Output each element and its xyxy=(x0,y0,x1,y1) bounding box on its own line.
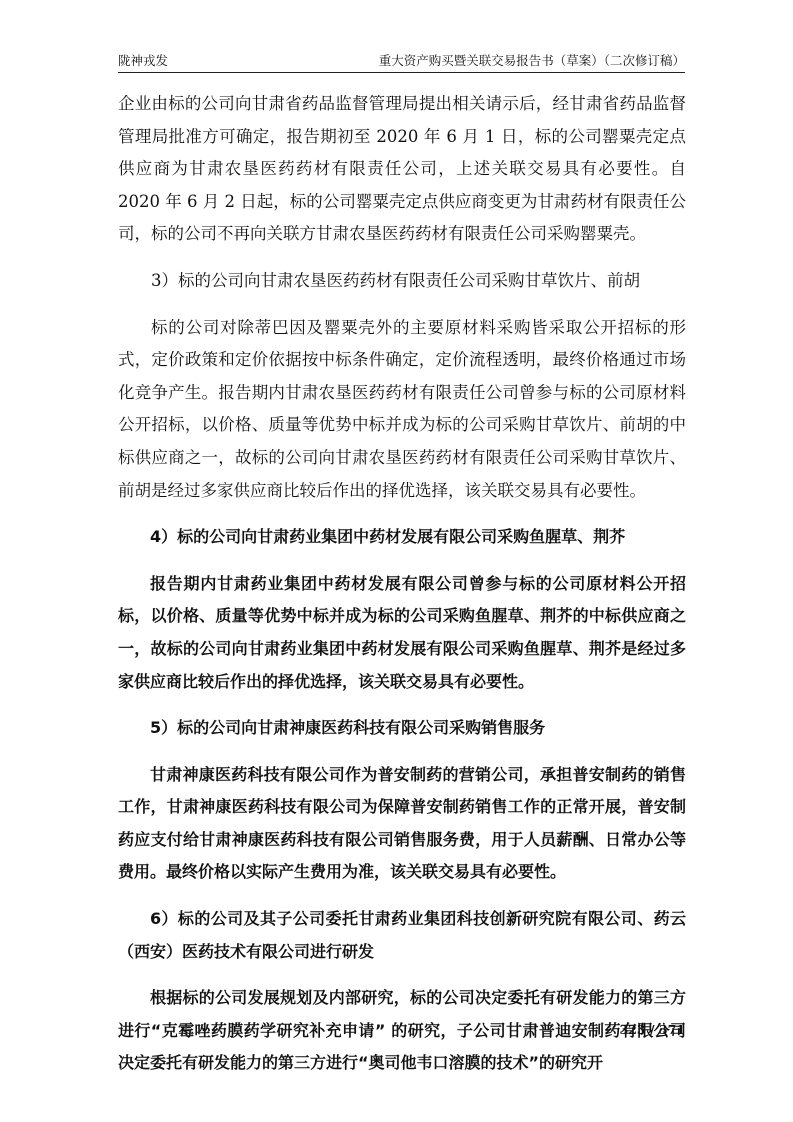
page-number: 323 / 371 xyxy=(620,1022,685,1037)
paragraph-continuation: 企业由标的公司向甘肃省药品监督管理局提出相关请示后，经甘肃省药品监督管理局批准方… xyxy=(118,88,686,251)
page-body: 企业由标的公司向甘肃省药品监督管理局提出相关请示后，经甘肃省药品监督管理局批准方… xyxy=(118,88,686,1080)
section-heading-6: 6）标的公司及其子公司委托甘肃药业集团科技创新研究院有限公司、药云（西安）医药技… xyxy=(118,903,686,968)
paragraph-section-5: 甘肃神康医药科技有限公司作为普安制药的营销公司，承担普安制药的销售工作，甘肃神康… xyxy=(118,759,686,889)
paragraph-section-6: 根据标的公司发展规划及内部研究，标的公司决定委托有研发能力的第三方进行“克霉唑药… xyxy=(118,982,686,1080)
header-document-title: 重大资产购买暨关联交易报告书（草案）（二次修订稿） xyxy=(379,51,685,69)
running-header: 陇神戎发 重大资产购买暨关联交易报告书（草案）（二次修订稿） xyxy=(118,50,685,73)
header-company-name: 陇神戎发 xyxy=(118,51,168,69)
paragraph-section-4: 报告期内甘肃药业集团中药材发展有限公司曾参与标的公司原材料公开招标，以价格、质量… xyxy=(118,568,686,698)
section-heading-5: 5）标的公司向甘肃神康医药科技有限公司采购销售服务 xyxy=(118,712,686,745)
section-heading-3: 3）标的公司向甘肃农垦医药药材有限责任公司采购甘草饮片、前胡 xyxy=(118,265,686,298)
paragraph-section-3: 标的公司对除蒂巴因及罂粟壳外的主要原材料采购皆采取公开招标的形式，定价政策和定价… xyxy=(118,312,686,508)
section-heading-4: 4）标的公司向甘肃药业集团中药材发展有限公司采购鱼腥草、荆芥 xyxy=(118,521,686,554)
